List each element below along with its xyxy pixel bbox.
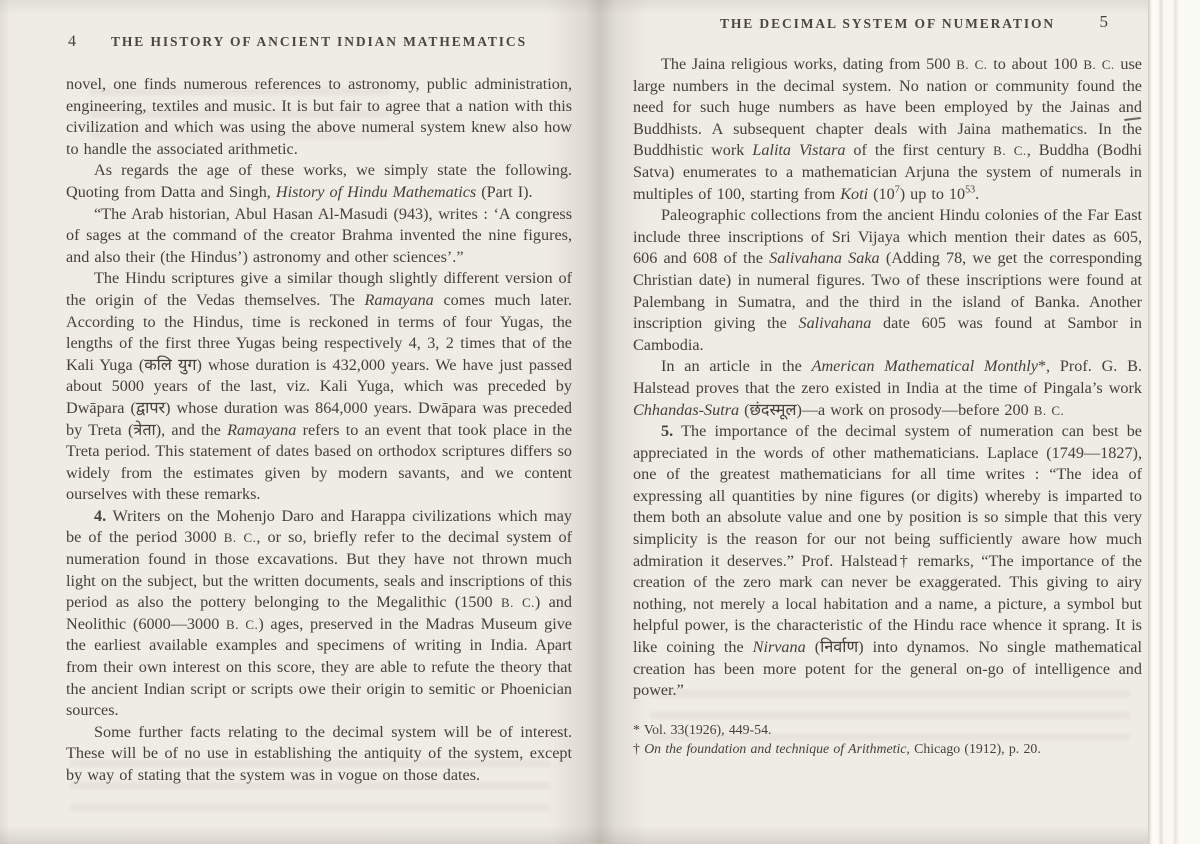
italic-text: American Mathematical Monthly: [812, 357, 1038, 375]
smallcaps-text: B. C.: [993, 143, 1027, 158]
smallcaps-text: B. C.: [226, 617, 258, 632]
paragraph: In an article in the American Mathematic…: [633, 356, 1142, 421]
paragraph: Paleographic collections from the ancien…: [633, 205, 1142, 356]
italic-text: Lalita Vistara: [752, 141, 845, 159]
paragraph: The Hindu scriptures give a similar thou…: [66, 268, 572, 506]
paragraph: The Jaina religious works, dating from 5…: [633, 54, 1142, 205]
right-running-head: THE DECIMAL SYSTEM OF NUMERATION: [633, 16, 1142, 32]
italic-text: Ramayana: [365, 291, 434, 309]
right-page-number: 5: [1100, 12, 1109, 32]
smallcaps-text: B. C.: [1083, 57, 1114, 72]
smallcaps-text: B. C.: [501, 595, 535, 610]
italic-text: Ramayana: [227, 421, 296, 439]
right-page-footnotes: * Vol. 33(1926), 449-54.† On the foundat…: [633, 720, 1142, 758]
left-running-head: THE HISTORY OF ANCIENT INDIAN MATHEMATIC…: [66, 34, 572, 50]
smallcaps-text: B. C.: [1034, 403, 1065, 418]
superscript-text: 7: [895, 184, 900, 195]
paragraph: 4. Writers on the Mohenjo Daro and Harap…: [66, 506, 572, 722]
italic-text: Salivahana Saka: [769, 249, 880, 267]
italic-text: On the foundation and technique of Arith…: [644, 741, 906, 756]
smallcaps-text: B. C.: [224, 530, 257, 545]
left-page-body: novel, one finds numerous references to …: [66, 74, 572, 787]
paragraph: † On the foundation and technique of Ari…: [633, 739, 1142, 758]
stacked-page-edges: [1148, 0, 1200, 844]
left-page-number: 4: [68, 33, 76, 51]
smallcaps-text: B. C.: [956, 57, 987, 72]
bold-text: 5.: [661, 422, 673, 440]
italic-text: Nirvana: [753, 638, 806, 656]
paragraph: * Vol. 33(1926), 449-54.: [633, 720, 1142, 739]
left-running-head-row: 4 THE HISTORY OF ANCIENT INDIAN MATHEMAT…: [66, 34, 572, 54]
paragraph: “The Arab historian, Abul Hasan Al-Masud…: [66, 204, 572, 269]
italic-text: Koti: [840, 185, 868, 203]
right-page: THE DECIMAL SYSTEM OF NUMERATION 5 The J…: [633, 16, 1142, 758]
bold-text: 4.: [94, 507, 106, 525]
paragraph: As regards the age of these works, we si…: [66, 160, 572, 203]
italic-text: History of Hindu Mathematics: [276, 183, 476, 201]
right-running-head-row: THE DECIMAL SYSTEM OF NUMERATION 5: [633, 16, 1142, 36]
paragraph: 5. The importance of the decimal system …: [633, 421, 1142, 702]
superscript-text: 53: [965, 184, 975, 195]
italic-text: Chhandas-Sutra: [633, 401, 739, 419]
paragraph: novel, one finds numerous references to …: [66, 74, 572, 160]
italic-text: Salivahana: [798, 314, 871, 332]
paragraph: Some further facts relating to the decim…: [66, 722, 572, 787]
left-page: 4 THE HISTORY OF ANCIENT INDIAN MATHEMAT…: [66, 34, 572, 787]
right-page-body: The Jaina religious works, dating from 5…: [633, 54, 1142, 702]
